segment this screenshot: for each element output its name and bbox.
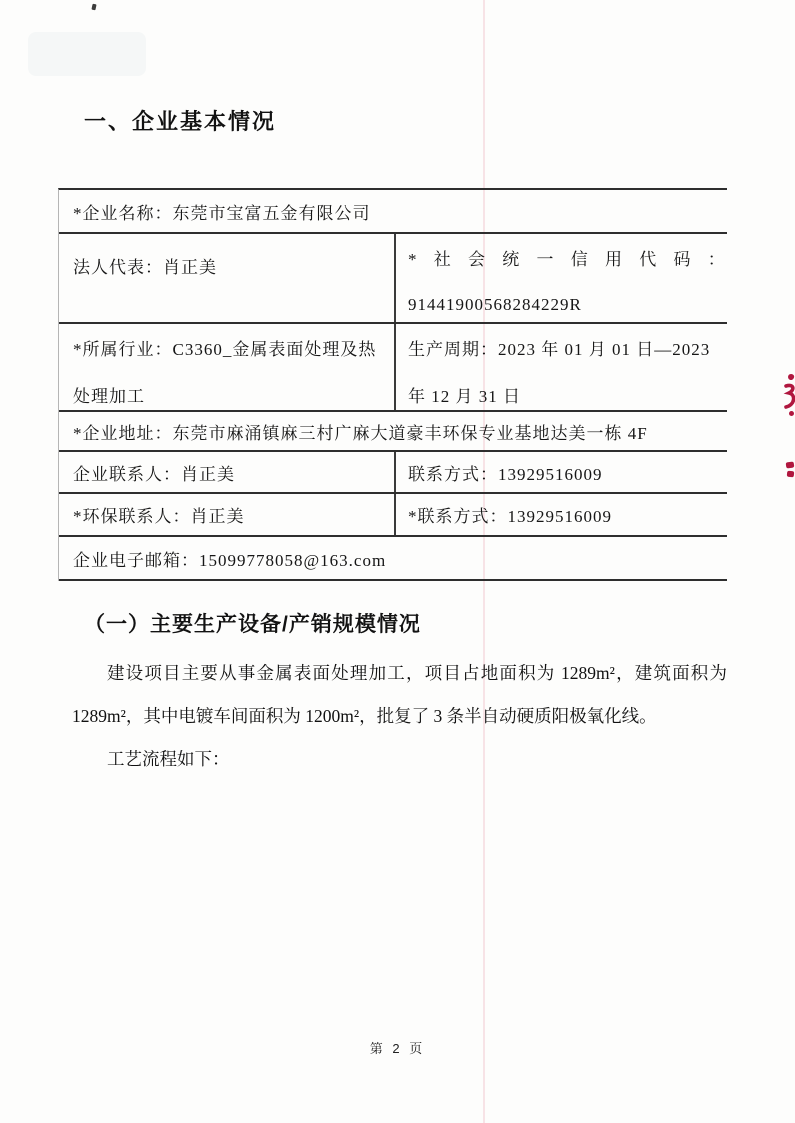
env-contact-phone-cell: *联系方式：13929516009: [396, 494, 727, 535]
company-name-cell: *企业名称：东莞市宝富五金有限公司: [59, 190, 727, 232]
table-row: 法人代表：肖正美 * 社 会 统 一 信 用 代 码 ： 91441900568…: [59, 234, 727, 324]
scan-smudge: [28, 32, 146, 76]
credit-code-label: * 社 会 统 一 信 用 代 码 ：: [408, 234, 727, 283]
page-number: 第 2 页: [0, 1038, 795, 1057]
scan-speck: [91, 4, 96, 11]
page-title: 一、企业基本情况: [84, 105, 276, 136]
company-contact-cell: 企业联系人：肖正美: [59, 452, 396, 492]
company-email-cell: 企业电子邮箱：15099778058@163.com: [59, 537, 727, 579]
table-row: *企业地址：东莞市麻涌镇麻三村广麻大道豪丰环保专业基地达美一栋 4F: [59, 412, 727, 452]
table-row: 企业联系人：肖正美 联系方式：13929516009: [59, 452, 727, 494]
red-stamp-mark-icon: [783, 383, 795, 415]
legal-representative-cell: 法人代表：肖正美: [59, 234, 396, 322]
production-period-cell: 生产周期：2023 年 01 月 01 日—2023 年 12 月 31 日: [396, 324, 727, 410]
process-flow-lead-in: 工艺流程如下：: [72, 738, 727, 781]
red-stamp-mark-icon: [786, 461, 795, 468]
table-row: 企业电子邮箱：15099778058@163.com: [59, 537, 727, 581]
table-row: *所属行业：C3360_金属表面处理及热处理加工 生产周期：2023 年 01 …: [59, 324, 727, 412]
red-stamp-mark-icon: [787, 373, 795, 381]
document-page: 一、企业基本情况 *企业名称：东莞市宝富五金有限公司 法人代表：肖正美 * 社 …: [0, 0, 795, 1123]
env-contact-cell: *环保联系人：肖正美: [59, 494, 396, 535]
credit-code-value: 91441900568284229R: [408, 283, 727, 327]
body-paragraph: 建设项目主要从事金属表面处理加工，项目占地面积为 1289m²，建筑面积为 12…: [72, 652, 727, 738]
company-info-table: *企业名称：东莞市宝富五金有限公司 法人代表：肖正美 * 社 会 统 一 信 用…: [58, 188, 727, 581]
table-row: *环保联系人：肖正美 *联系方式：13929516009: [59, 494, 727, 537]
section-heading: （一）主要生产设备/产销规模情况: [84, 608, 421, 638]
red-stamp-mark-icon: [789, 411, 794, 416]
credit-code-cell: * 社 会 统 一 信 用 代 码 ： 91441900568284229R: [396, 234, 727, 322]
company-address-cell: *企业地址：东莞市麻涌镇麻三村广麻大道豪丰环保专业基地达美一栋 4F: [59, 412, 727, 450]
red-stamp-mark-icon: [787, 471, 795, 478]
table-row: *企业名称：东莞市宝富五金有限公司: [59, 190, 727, 234]
contact-phone-cell: 联系方式：13929516009: [396, 452, 727, 492]
industry-cell: *所属行业：C3360_金属表面处理及热处理加工: [59, 324, 396, 410]
